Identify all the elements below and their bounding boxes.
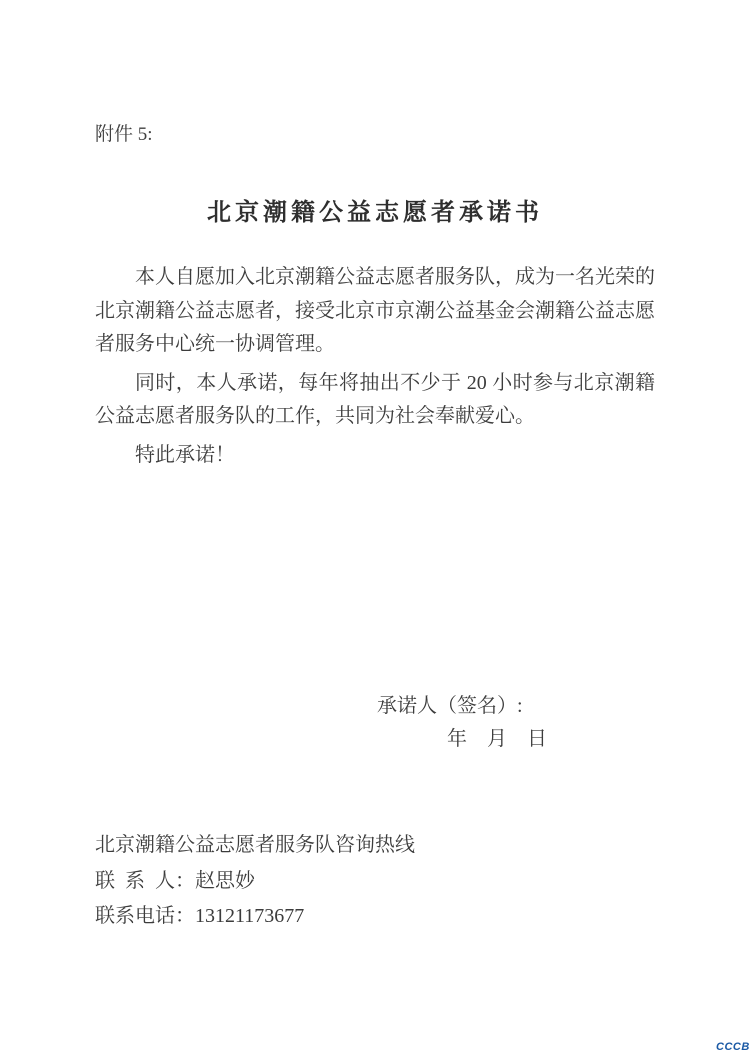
- contact-person-line: 联 系 人：赵思妙: [95, 864, 655, 900]
- document-body: 本人自愿加入北京潮籍公益志愿者服务队，成为一名光荣的北京潮籍公益志愿者，接受北京…: [95, 261, 655, 472]
- paragraph-pledge-join: 本人自愿加入北京潮籍公益志愿者服务队，成为一名光荣的北京潮籍公益志愿者，接受北京…: [95, 261, 655, 362]
- contact-phone-line: 联系电话：13121173677: [95, 899, 655, 935]
- paragraph-pledge-hours: 同时，本人承诺，每年将抽出不少于 20 小时参与北京潮籍公益志愿者服务队的工作，…: [95, 367, 655, 434]
- paragraph-closing: 特此承诺！: [95, 439, 655, 473]
- date-line: 年 月 日: [447, 724, 547, 754]
- hotline-title: 北京潮籍公益志愿者服务队咨询热线: [95, 828, 655, 864]
- document-page: 附件 5: 北京潮籍公益志愿者承诺书 本人自愿加入北京潮籍公益志愿者服务队，成为…: [0, 0, 750, 1061]
- cccb-logo: CCCB: [716, 1041, 750, 1053]
- attachment-label: 附件 5:: [95, 122, 153, 148]
- document-title: 北京潮籍公益志愿者承诺书: [0, 192, 750, 227]
- signature-label: 承诺人（签名）:: [377, 691, 523, 721]
- contact-block: 北京潮籍公益志愿者服务队咨询热线 联 系 人：赵思妙 联系电话：13121173…: [95, 828, 655, 935]
